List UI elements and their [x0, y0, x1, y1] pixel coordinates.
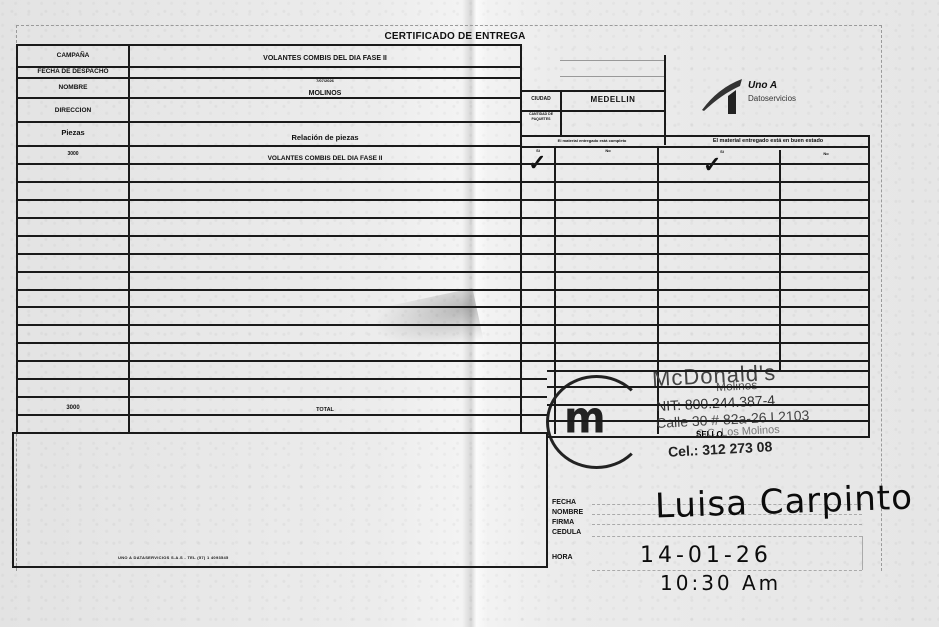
sig-label-hora: HORA: [552, 553, 573, 562]
sig-label-firma: FIRMA: [552, 518, 574, 527]
header-estado-si: Si: [664, 149, 780, 154]
uno-a-swoosh-icon: [700, 76, 746, 116]
table-row-line: [16, 199, 869, 201]
logo-name: Uno A: [748, 80, 777, 91]
header-relacion: Relación de piezas: [130, 134, 520, 142]
mcdonalds-stamp: m McDonald's Molinos NIT: 800.244.387-4 …: [546, 375, 846, 475]
table-row-line: [16, 324, 869, 326]
total-label: TOTAL: [130, 406, 520, 414]
sig-label-nombre: NOMBRE: [552, 508, 583, 517]
table-row-line: [16, 396, 547, 398]
handwritten-date: 14-01-26: [640, 543, 772, 568]
table-row-line: [16, 342, 869, 344]
row-1-piezas: 3000: [18, 152, 128, 157]
value-nombre: MOLINOS: [130, 90, 520, 98]
table-row-line: [16, 289, 869, 291]
table-row-line: [16, 235, 869, 237]
label-cantidad-paquetes: CANTIDAD DE PAQUETES: [521, 112, 561, 122]
table-row-line: [16, 217, 869, 219]
sig-label-fecha: FECHA: [552, 498, 576, 507]
table-row-line: [16, 306, 869, 308]
handwritten-time: 10:30 Am: [660, 571, 781, 595]
table-row-line: [16, 271, 869, 273]
stamp-phone: Cel.: 312 273 08: [668, 438, 773, 459]
label-nombre: NOMBRE: [18, 84, 128, 92]
footer-note: UNO A DATASERVICIOS S.A.S - TEL (57) 1 4…: [118, 555, 229, 560]
logo-subtitle: Datoservicios: [748, 94, 796, 103]
value-fecha-despacho: 7/07/2026: [130, 78, 520, 83]
table-row-line: [16, 253, 869, 255]
label-campana: CAMPAÑA: [18, 52, 128, 60]
row-1-relacion: VOLANTES COMBIS DEL DIA FASE II: [130, 155, 520, 163]
table-row-line: [16, 181, 869, 183]
label-direccion: DIRECCION: [18, 107, 128, 115]
value-ciudad: MEDELLIN: [562, 96, 664, 104]
header-piezas: Piezas: [18, 129, 128, 137]
label-fecha-despacho: FECHA DE DESPACHO: [18, 68, 128, 76]
total-value: 3000: [18, 404, 128, 412]
table-row-line: [16, 414, 547, 416]
check-estado-si: ✓: [703, 154, 721, 176]
sig-label-cedula: CEDULA: [552, 528, 581, 537]
document-title: CERTIFICADO DE ENTREGA: [370, 31, 540, 42]
group-completo: El material entregado está completo: [522, 138, 662, 143]
table-row-line: [16, 378, 547, 380]
header-estado-no: No: [782, 151, 870, 156]
uno-a-logo: Uno A Datoservicios: [700, 76, 830, 116]
header-completo-no: No: [556, 148, 660, 153]
value-campana: VOLANTES COMBIS DEL DIA FASE II: [130, 55, 520, 63]
label-ciudad: CIUDAD: [522, 97, 560, 102]
table-row-line: [16, 163, 869, 165]
group-estado: El material entregado está en buen estad…: [666, 137, 870, 145]
